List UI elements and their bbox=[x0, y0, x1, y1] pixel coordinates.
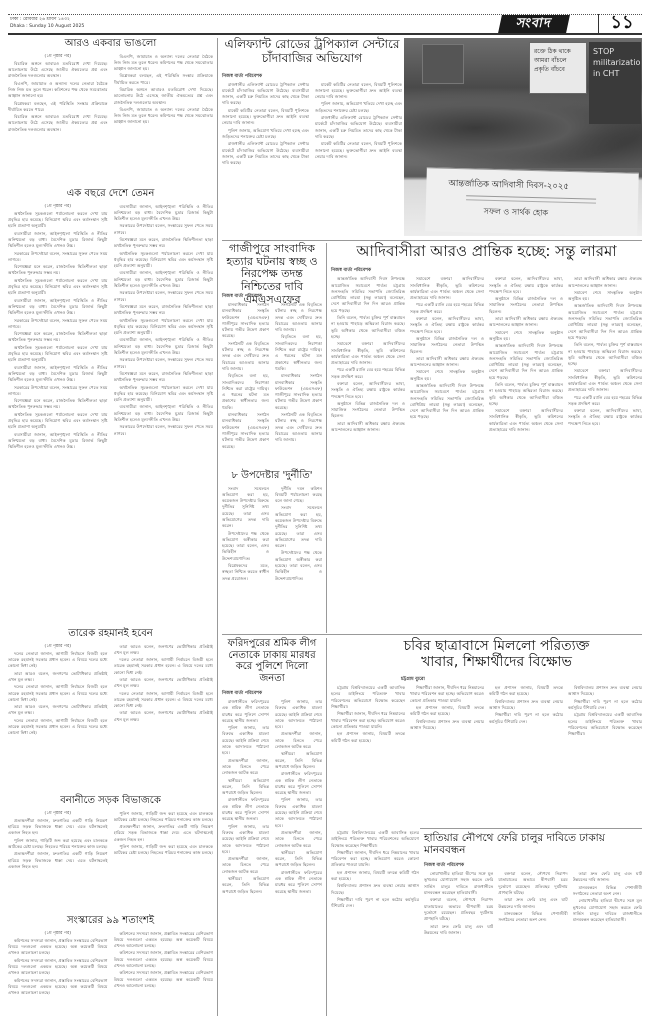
byline: নিজস্ব বার্তা পরিবেশক bbox=[331, 266, 642, 274]
body-paragraph: বিশেষজ্ঞরা মনে করেন, রাজনৈতিক স্থিতিশীলত… bbox=[8, 331, 108, 344]
body-paragraph: সমাবেশে বক্তারা আদিবাসীদের সাংবিধানিক স্… bbox=[568, 368, 642, 393]
body-paragraph: দলের নেতারা জানান, আগামী নির্বাচনে বিজয়… bbox=[8, 684, 108, 703]
body-paragraph: বিএনপি, জামায়াত ও অন্যান্য দলের নেতারা … bbox=[114, 54, 214, 73]
body-paragraph: ব্যবসায়ীরা জানান, আইনশৃঙ্খলা পরিস্থিতি … bbox=[8, 432, 108, 451]
body-paragraph: স্থানীয়রা অভিযোগ করেন, তিনি বিভিন্ন অপর… bbox=[222, 778, 269, 797]
body-paragraph: তারা আদিবাসী অধিকার রক্ষায় ঐক্যবদ্ধ আন্… bbox=[331, 421, 405, 434]
body-paragraph: শিক্ষার্থীরা দাবি পূরণ না হলে কঠোর কর্মস… bbox=[489, 712, 563, 725]
body-paragraph: পুলিশ জানায়, তার বিরুদ্ধে একাধিক মামলা … bbox=[275, 699, 322, 730]
body-paragraph: ব্যবসায়ীরা জানান, আইনশৃঙ্খলা পরিস্থিতি … bbox=[114, 404, 214, 423]
protest-sign-stop: STOP militarization in CHT bbox=[589, 42, 641, 124]
body-paragraph: তিনি বলেন, পার্বত্য চুক্তির পূর্ণ বাস্তব… bbox=[489, 382, 563, 407]
body-paragraph: পুলিশ জানায়, অভিযোগ খতিয়ে দেখা হচ্ছে এ… bbox=[315, 101, 402, 114]
article-elephant-road: এলিফ্যান্ট রোডের ট্রপিক্যাল সেন্টারে চাঁ… bbox=[222, 38, 402, 238]
body-paragraph: কমিশনের সদস্যরা জানান, প্রস্তাবিত সংস্কা… bbox=[114, 950, 214, 969]
protest-sign-bangla: রক্তে ঠিক থাকে আমরা বাঁচলে প্রকৃতি বাঁচব… bbox=[529, 42, 587, 94]
body-paragraph: বিশেষজ্ঞরা মনে করেন, রাজনৈতিক স্থিতিশীলত… bbox=[8, 398, 108, 411]
body-paragraph: বক্তারা বলেন, নৌপথে নিরাপদ যাতায়াতের অভ… bbox=[424, 897, 493, 922]
headline: চবির ছাত্রাবাসে মিললো পরিত্যক্ত খাবার, শ… bbox=[331, 638, 642, 670]
article-upodeshta: ৮ উপদেষ্টার 'দুর্নীতি' সংবাদ সম্মেলনে অভ… bbox=[222, 470, 322, 630]
body-paragraph: উপদেষ্টাদের পক্ষ থেকে অভিযোগ অস্বীকার কর… bbox=[275, 550, 322, 581]
article-column: কমিশনের সদস্যরা জানান, প্রস্তাবিত সংস্কা… bbox=[114, 931, 214, 1009]
body-paragraph: পুলিশ জানায়, তার বিরুদ্ধে একাধিক মামলা … bbox=[222, 725, 269, 756]
body-paragraph: রাজধানীতে ফরিদপুরের এক শ্রমিক লীগ নেতাকে… bbox=[275, 870, 322, 895]
continuation-note: (১ম পৃষ্ঠার পর) bbox=[8, 644, 108, 650]
body-paragraph: বিশেষজ্ঞরা মনে করেন, রাজনৈতিক স্থিতিশীলত… bbox=[114, 237, 214, 250]
article-gazipur-body: নিজস্ব বার্তা পরিবেশক মানবাধিকার সংগঠন ম… bbox=[222, 292, 322, 464]
body-paragraph: অনুষ্ঠানে বিভিন্ন রাজনৈতিক দল ও সামাজিক … bbox=[489, 296, 563, 315]
body-paragraph: প্রত্যক্ষদর্শীরা জানান, তাকে চিনতে পেরে … bbox=[275, 830, 322, 849]
body-paragraph: অর্থনৈতিক সূচকগুলো পর্যালোচনা করলে দেখা … bbox=[114, 318, 214, 337]
article-column: (১ম পৃষ্ঠার পর) অর্থনৈতিক সূচকগুলো পর্যা… bbox=[8, 204, 108, 614]
body-paragraph: কমিশনের সদস্যরা জানান, প্রস্তাবিত সংস্কা… bbox=[8, 938, 108, 957]
body-paragraph: অর্থনৈতিক সূচকগুলো পর্যালোচনা করলে দেখা … bbox=[114, 251, 214, 270]
headline: ফরিদপুরের শ্রমিক লীগ নেতাকে ঢাকায় মারধর… bbox=[222, 638, 322, 684]
article-column: বিশ্ববিদ্যালয় প্রশাসন দ্রুত ব্যবস্থা নে… bbox=[568, 685, 642, 817]
body-paragraph: সমাবেশে বক্তারা আদিবাসীদের সাংবিধানিক স্… bbox=[489, 408, 563, 433]
body-paragraph: বিশ্ববিদ্যালয় প্রশাসন দ্রুত ব্যবস্থা নে… bbox=[410, 719, 484, 732]
body-paragraph: বিচারিক অঙ্গনে আবারও মতবিরোধ দেখা দিয়েছ… bbox=[8, 114, 108, 133]
header-page-divider bbox=[598, 14, 599, 34]
article-banani: বনানীতে সড়ক বিভাজকে (১ম পৃষ্ঠার পর) প্র… bbox=[8, 795, 213, 913]
body-paragraph: অর্থনৈতিক সূচকগুলো পর্যালোচনা করলে দেখা … bbox=[8, 345, 108, 364]
body-paragraph: আন্তর্জাতিক আদিবাসী দিবস উপলক্ষে আয়োজিত… bbox=[489, 343, 563, 381]
body-paragraph: রাজধানীতে ফরিদপুরের এক শ্রমিক লীগ নেতাকে… bbox=[275, 771, 322, 796]
body-paragraph: সরকারের উপদেষ্টারা বলেন, সংস্কারের সুফল … bbox=[114, 357, 214, 370]
body-paragraph: বিবৃতিতে বলা হয়, সাংবাদিকদের নিরাপত্তা … bbox=[275, 334, 322, 372]
body-paragraph: বিএনপি, জামায়াত ও অন্যান্য দলের নেতারা … bbox=[8, 81, 108, 100]
banner: আন্তর্জাতিক আদিবাসী দিবস-২০২৫ সফল ও সার্… bbox=[425, 167, 639, 236]
byline: চট্টগ্রাম ব্যুরো bbox=[401, 675, 642, 683]
article-column: (১ম পৃষ্ঠার পর) কমিশনের সদস্যরা জানান, প… bbox=[8, 931, 108, 1009]
body-paragraph: মার্কেট কমিটির নেতারা বলেন, বিষয়টি পুলি… bbox=[315, 82, 402, 101]
body-paragraph: প্রত্যক্ষদর্শীরা জানান, দ্রুতগতির একটি গ… bbox=[114, 824, 214, 843]
rally-photo: রক্তে ঠিক থাকে আমরা বাঁচলে প্রকৃতি বাঁচব… bbox=[404, 38, 642, 236]
byline: নিজস্ব বার্তা পরিবেশক bbox=[222, 292, 322, 300]
article-column: বক্তারা বলেন, নৌপথে নিরাপদ যাতায়াতের অভ… bbox=[498, 871, 567, 1020]
body-paragraph: তারা দ্রুত ফেরি চালু এবং ঘাট উন্নয়নের দ… bbox=[573, 871, 642, 884]
article-adibashi: আদিবাসীরা আরও প্রান্তিক হচ্ছে: সন্তু লার… bbox=[331, 243, 642, 633]
header-bottom-rule bbox=[8, 33, 642, 35]
column-divider bbox=[326, 243, 327, 633]
headline: সংস্কারের ৯৯ শতাংশই bbox=[8, 915, 213, 927]
body-paragraph: স্থানীয়রা অভিযোগ করেন, তিনি বিভিন্ন অপর… bbox=[275, 850, 322, 869]
body-paragraph: বক্তারা বলেন, আদিবাসীদের ভাষা, সংস্কৃতি … bbox=[489, 276, 563, 295]
body-paragraph: চট্টগ্রাম বিশ্ববিদ্যালয়ের একটি আবাসিক হ… bbox=[568, 712, 642, 737]
body-paragraph: মার্কেট কমিটির নেতারা বলেন, বিষয়টি পুলি… bbox=[222, 108, 309, 127]
body-paragraph: সমাবেশে বক্তারা আদিবাসীদের সাংবিধানিক স্… bbox=[410, 276, 484, 301]
continuation-note: (১ম পৃষ্ঠার পর) bbox=[8, 54, 108, 60]
body-paragraph: তিনি বলেন, পার্বত্য চুক্তির পূর্ণ বাস্তব… bbox=[331, 315, 405, 340]
byline: নিজস্ব বার্তা পরিবেশক bbox=[424, 861, 642, 869]
body-paragraph: ব্যবসায়ীরা জানান, আইনশৃঙ্খলা পরিস্থিতি … bbox=[114, 204, 214, 223]
body-paragraph: বিচারিক অঙ্গনে আবারও মতবিরোধ দেখা দিয়েছ… bbox=[8, 61, 108, 80]
body-paragraph: কমিশনের সদস্যরা জানান, প্রস্তাবিত সংস্কা… bbox=[8, 978, 108, 997]
body-paragraph: তারা দ্রুত ফেরি চালু এবং ঘাট উন্নয়নের দ… bbox=[498, 897, 567, 910]
section-divider bbox=[222, 634, 642, 635]
body-paragraph: সংগঠনটি এক বিবৃতিতে ঘটনার স্বচ্ছ ও নিরপে… bbox=[222, 341, 269, 372]
body-paragraph: বিশ্লেষকরা বলছেন, এই পরিস্থিতি সংস্কার প… bbox=[114, 73, 214, 86]
article-column: সমাবেশে বক্তারা আদিবাসীদের সাংবিধানিক স্… bbox=[410, 276, 484, 626]
body-paragraph: মানবাধিকার সংগঠন মানবাধিকার সংস্কৃতি ফাউ… bbox=[222, 412, 269, 450]
article-column: সংবাদ সম্মেলনে অভিযোগ করা হয়, কয়েকজন উ… bbox=[222, 486, 269, 624]
body-paragraph: মানববন্ধনে বিভিন্ন পেশাজীবী সংগঠনের নেতা… bbox=[573, 885, 642, 898]
body-paragraph: তারা আরও বলেন, জনগণের ভোটাধিকার প্রতিষ্ঠ… bbox=[8, 704, 108, 717]
body-paragraph: তারা আদিবাসী অধিকার রক্ষায় ঐক্যবদ্ধ আন্… bbox=[410, 356, 484, 369]
article-column: তারা আদিবাসী অধিকার রক্ষায় ঐক্যবদ্ধ আন্… bbox=[568, 276, 642, 626]
body-paragraph: ব্যবসায়ীরা জানান, আইনশৃঙ্খলা পরিস্থিতি … bbox=[8, 231, 108, 250]
body-paragraph: ব্যবসায়ীরা জানান, আইনশৃঙ্খলা পরিস্থিতি … bbox=[8, 298, 108, 317]
body-paragraph: তারা আদিবাসী অধিকার রক্ষায় ঐক্যবদ্ধ আন্… bbox=[568, 276, 642, 289]
body-paragraph: সরকারের উপদেষ্টারা বলেন, সংস্কারের সুফল … bbox=[114, 223, 214, 236]
article-hatiya: হাতিয়ার নৌপথে ফেরি চালুর দাবিতে ঢাকায় … bbox=[424, 832, 642, 1016]
body-paragraph: পুলিশ জানায়, তার বিরুদ্ধে একাধিক মামলা … bbox=[222, 824, 269, 855]
body-paragraph: অর্থনৈতিক সূচকগুলো পর্যালোচনা করলে দেখা … bbox=[8, 412, 108, 431]
body-paragraph: বক্তারা বলেন, নৌপথে নিরাপদ যাতায়াতের অভ… bbox=[498, 871, 567, 896]
column-divider bbox=[217, 38, 218, 1016]
body-paragraph: পুলিশ জানায়, তার বিরুদ্ধে একাধিক মামলা … bbox=[275, 797, 322, 828]
body-paragraph: শিক্ষার্থীরা জানান, দীর্ঘদিন ধরে নিম্নমা… bbox=[331, 850, 419, 869]
header-date-bn: ঢাকা : রোববার ২৬ শ্রাবণ ১৪৩২ bbox=[10, 17, 70, 23]
body-paragraph: সংবাদ সম্মেলনে অভিযোগ করা হয়, কয়েকজন উ… bbox=[275, 505, 322, 549]
body-paragraph: স্থানীয়রা অভিযোগ করেন, তিনি বিভিন্ন অপর… bbox=[222, 876, 269, 895]
article-column: (১ম পৃষ্ঠার পর) বিচারিক অঙ্গনে আবারও মতব… bbox=[8, 54, 108, 182]
section-divider bbox=[222, 240, 642, 241]
body-paragraph: প্রত্যক্ষদর্শীরা জানান, দ্রুতগতির একটি গ… bbox=[8, 818, 108, 837]
body-paragraph: সরকারের উপদেষ্টারা বলেন, সংস্কারের সুফল … bbox=[114, 424, 214, 437]
article-faridpur: ফরিদপুরের শ্রমিক লীগ নেতাকে ঢাকায় মারধর… bbox=[222, 638, 322, 1016]
body-paragraph: সরকারের উপদেষ্টারা বলেন, সংস্কারের সুফল … bbox=[8, 251, 108, 264]
body-paragraph: তারা দ্রুত ফেরি চালু এবং ঘাট উন্নয়নের দ… bbox=[424, 924, 493, 937]
body-paragraph: তারা আরও বলেন, জনগণের ভোটাধিকার প্রতিষ্ঠ… bbox=[114, 710, 214, 723]
body-paragraph: হল প্রশাসন জানায়, বিষয়টি তদন্তে কমিটি … bbox=[410, 705, 484, 718]
body-paragraph: মানববন্ধনে বিভিন্ন পেশাজীবী সংগঠনের নেতা… bbox=[498, 911, 567, 924]
body-paragraph: প্রত্যক্ষদর্শীরা জানান, তাকে চিনতে পেরে … bbox=[275, 731, 322, 750]
body-paragraph: ব্যবসায়ীরা জানান, আইনশৃঙ্খলা পরিস্থিতি … bbox=[8, 365, 108, 384]
body-paragraph: বক্তারা বলেন, আদিবাসীদের ভাষা, সংস্কৃতি … bbox=[568, 408, 642, 427]
body-paragraph: বক্তারা বলেন, আদিবাসীদের ভাষা, সংস্কৃতি … bbox=[331, 381, 405, 400]
body-paragraph: বিশেষজ্ঞরা মনে করেন, রাজনৈতিক স্থিতিশীলত… bbox=[114, 304, 214, 317]
article-column: নোয়াখালীর হাতিয়া দ্বীপের সঙ্গে মূল ভূখ… bbox=[424, 871, 493, 1020]
body-paragraph: চট্টগ্রাম বিশ্ববিদ্যালয়ের একটি আবাসিক হ… bbox=[331, 685, 405, 710]
body-paragraph: আন্তর্জাতিক আদিবাসী দিবস উপলক্ষে আয়োজিত… bbox=[568, 303, 642, 341]
body-paragraph: পরে একটি র‍্যালি বের হয়ে শহরের বিভিন্ন … bbox=[331, 367, 405, 380]
body-paragraph: সমাবেশ শেষে সাংস্কৃতিক অনুষ্ঠান অনুষ্ঠিত… bbox=[489, 330, 563, 343]
article-column: (১ম পৃষ্ঠার পর) প্রত্যক্ষদর্শীরা জানান, … bbox=[8, 811, 108, 903]
article-column: মার্কেট কমিটির নেতারা বলেন, বিষয়টি পুলি… bbox=[315, 82, 402, 232]
continuation-note: (১ম পৃষ্ঠার পর) bbox=[8, 931, 108, 937]
body-paragraph: সমাবেশে বক্তারা আদিবাসীদের সাংবিধানিক স্… bbox=[331, 341, 405, 366]
headline: আদিবাসীরা আরও প্রান্তিক হচ্ছে: সন্তু লার… bbox=[331, 243, 642, 260]
section-divider bbox=[420, 828, 642, 829]
article-column: হল প্রশাসন জানায়, বিষয়টি তদন্তে কমিটি … bbox=[489, 685, 563, 817]
article-column: ব্যবসায়ীরা জানান, আইনশৃঙ্খলা পরিস্থিতি … bbox=[114, 204, 214, 614]
body-paragraph: তারা আরও বলেন, জনগণের ভোটাধিকার প্রতিষ্ঠ… bbox=[8, 671, 108, 684]
headline: আরও একবার ভাঙলো bbox=[8, 38, 213, 50]
body-paragraph: বক্তারা বলেন, আদিবাসীদের ভাষা, সংস্কৃতি … bbox=[410, 316, 484, 335]
masthead-logo: সংবাদ bbox=[498, 15, 570, 33]
article-column: সংগঠনটি এক বিবৃতিতে ঘটনার স্বচ্ছ ও নিরপে… bbox=[275, 302, 322, 464]
body-paragraph: প্রত্যক্ষদর্শীরা জানান, দ্রুতগতির একটি গ… bbox=[8, 851, 108, 870]
body-paragraph: তিনি বলেন, পার্বত্য চুক্তির পূর্ণ বাস্তব… bbox=[568, 342, 642, 367]
body-paragraph: প্রত্যক্ষদর্শীরা জানান, তাকে চিনতে পেরে … bbox=[222, 758, 269, 777]
body-paragraph: শিক্ষার্থীরা দাবি পূরণ না হলে কঠোর কর্মস… bbox=[568, 699, 642, 712]
body-paragraph: তারা আরও বলেন, জনগণের ভোটাধিকার প্রতিষ্ঠ… bbox=[114, 677, 214, 690]
body-paragraph: রাজধানীর এলিফ্যান্ট রোডের ট্রপিক্যাল সেন… bbox=[222, 141, 309, 166]
body-paragraph: বিশ্লেষকরা বলছেন, এই পরিস্থিতি সংস্কার প… bbox=[8, 101, 108, 114]
body-paragraph: চট্টগ্রাম বিশ্ববিদ্যালয়ের একটি আবাসিক হ… bbox=[331, 830, 419, 849]
article-column: আন্তর্জাতিক আদিবাসী দিবস উপলক্ষে আয়োজিত… bbox=[331, 276, 405, 626]
body-paragraph: দলের নেতারা জানান, আগামী নির্বাচনে বিজয়… bbox=[8, 718, 108, 737]
article-column: রাজধানীর এলিফ্যান্ট রোডের ট্রপিক্যাল সেন… bbox=[222, 82, 309, 232]
body-paragraph: দলের নেতারা জানান, আগামী নির্বাচনে বিজয়… bbox=[114, 657, 214, 676]
body-paragraph: অনুষ্ঠানে বিভিন্ন রাজনৈতিক দল ও সামাজিক … bbox=[410, 336, 484, 355]
body-paragraph: পুলিশ জানায়, গাড়িটি জব্দ করা হয়েছে এব… bbox=[114, 811, 214, 824]
body-paragraph: আন্তর্জাতিক আদিবাসী দিবস উপলক্ষে আয়োজিত… bbox=[331, 276, 405, 314]
banner-slogan: সফল ও সার্থক হোক bbox=[426, 190, 639, 223]
body-paragraph: রাজধানীতে ফরিদপুরের এক শ্রমিক লীগ নেতাকে… bbox=[222, 797, 269, 822]
body-paragraph: সংবাদ সম্মেলনে অভিযোগ করা হয়, কয়েকজন উ… bbox=[222, 486, 269, 530]
headline: বনানীতে সড়ক বিভাজকে bbox=[8, 795, 213, 807]
body-paragraph: অনুষ্ঠানে বিভিন্ন রাজনৈতিক দল ও সামাজিক … bbox=[331, 401, 405, 420]
continuation-note: (১ম পৃষ্ঠার পর) bbox=[8, 204, 108, 210]
body-paragraph: রাজধানীর এলিফ্যান্ট রোডের ট্রপিক্যাল সেন… bbox=[222, 82, 309, 107]
body-paragraph: সরকারের উপদেষ্টারা বলেন, সংস্কারের সুফল … bbox=[8, 318, 108, 331]
article-column: চট্টগ্রাম বিশ্ববিদ্যালয়ের একটি আবাসিক হ… bbox=[331, 685, 405, 817]
byline: নিজস্ব বার্তা পরিবেশক bbox=[222, 72, 402, 80]
body-paragraph: রাজধানীর এলিফ্যান্ট রোডের ট্রপিক্যাল সেন… bbox=[315, 115, 402, 140]
article-tarek: তারেক রহমানই হবেন (১ম পৃষ্ঠার পর) দলের ন… bbox=[8, 628, 213, 793]
article-songskar: সংস্কারের ৯৯ শতাংশই (১ম পৃষ্ঠার পর) কমিশ… bbox=[8, 915, 213, 1015]
body-paragraph: শিক্ষার্থীরা জানান, দীর্ঘদিন ধরে নিম্নমা… bbox=[331, 711, 405, 730]
article-column: বক্তারা বলেন, আদিবাসীদের ভাষা, সংস্কৃতি … bbox=[489, 276, 563, 626]
body-paragraph: বিশ্ববিদ্যালয় প্রশাসন দ্রুত ব্যবস্থা নে… bbox=[489, 699, 563, 712]
header-date-en: Dhaka : Sunday 10 August 2025 bbox=[10, 24, 84, 30]
article-column: শিক্ষার্থীরা জানান, দীর্ঘদিন ধরে নিম্নমা… bbox=[410, 685, 484, 817]
body-paragraph: দুর্নীতি দমন কমিশন বিষয়টি পর্যালোচনা কর… bbox=[275, 486, 322, 505]
body-paragraph: বিশেষজ্ঞরা মনে করেন, রাজনৈতিক স্থিতিশীলত… bbox=[114, 371, 214, 384]
headline: এলিফ্যান্ট রোডের ট্রপিক্যাল সেন্টারে চাঁ… bbox=[222, 38, 402, 66]
body-paragraph: উপদেষ্টাদের পক্ষ থেকে অভিযোগ অস্বীকার কর… bbox=[222, 531, 269, 562]
body-paragraph: বিবৃতিতে বলা হয়, সাংবাদিকদের নিরাপত্তা … bbox=[222, 373, 269, 411]
article-column: চট্টগ্রাম বিশ্ববিদ্যালয়ের একটি আবাসিক হ… bbox=[331, 830, 419, 1016]
article-column: (১ম পৃষ্ঠার পর) দলের নেতারা জানান, আগামী… bbox=[8, 644, 108, 784]
body-paragraph: মানবাধিকার সংগঠন মানবাধিকার সংস্কৃতি ফাউ… bbox=[222, 302, 269, 340]
body-paragraph: কমিশনের সদস্যরা জানান, প্রস্তাবিত সংস্কা… bbox=[114, 970, 214, 989]
protest-sign-left bbox=[422, 44, 464, 84]
article-vangolo: আরও একবার ভাঙলো (১ম পৃষ্ঠার পর) বিচারিক … bbox=[8, 38, 213, 188]
body-paragraph: পরে একটি র‍্যালি বের হয়ে শহরের বিভিন্ন … bbox=[410, 302, 484, 315]
body-paragraph: আন্তর্জাতিক আদিবাসী দিবস উপলক্ষে আয়োজিত… bbox=[410, 383, 484, 421]
body-paragraph: নোয়াখালীর হাতিয়া দ্বীপের সঙ্গে মূল ভূখ… bbox=[573, 898, 642, 923]
continuation-note: (১ম পৃষ্ঠার পর) bbox=[8, 811, 108, 817]
body-paragraph: অর্থনৈতিক সূচকগুলো পর্যালোচনা করলে দেখা … bbox=[8, 211, 108, 230]
body-paragraph: সমাবেশ শেষে সাংস্কৃতিক অনুষ্ঠান অনুষ্ঠিত… bbox=[568, 290, 642, 303]
headline: ৮ উপদেষ্টার 'দুর্নীতি' bbox=[222, 470, 322, 482]
article-column: মানবাধিকার সংগঠন মানবাধিকার সংস্কৃতি ফাউ… bbox=[222, 302, 269, 464]
article-column: রাজধানীতে ফরিদপুরের এক শ্রমিক লীগ নেতাকে… bbox=[222, 699, 269, 1009]
body-paragraph: পুলিশ জানায়, গাড়িটি জব্দ করা হয়েছে এব… bbox=[114, 844, 214, 857]
body-paragraph: পুলিশ জানায়, গাড়িটি জব্দ করা হয়েছে এব… bbox=[8, 838, 108, 851]
body-paragraph: মার্কেট কমিটির নেতারা বলেন, বিষয়টি পুলি… bbox=[315, 141, 402, 160]
body-paragraph: হল প্রশাসন জানায়, বিষয়টি তদন্তে কমিটি … bbox=[331, 870, 419, 883]
body-paragraph: বিশ্ববিদ্যালয় প্রশাসন দ্রুত ব্যবস্থা নে… bbox=[568, 685, 642, 698]
body-paragraph: অর্থনৈতিক সূচকগুলো পর্যালোচনা করলে দেখা … bbox=[114, 385, 214, 404]
article-column: তারা আরও বলেন, জনগণের ভোটাধিকার প্রতিষ্ঠ… bbox=[114, 644, 214, 784]
body-paragraph: শিক্ষার্থীরা জানান, দীর্ঘদিন ধরে নিম্নমা… bbox=[410, 685, 484, 704]
body-paragraph: রাজধানীতে ফরিদপুরের এক শ্রমিক লীগ নেতাকে… bbox=[222, 699, 269, 724]
article-column: দুর্নীতি দমন কমিশন বিষয়টি পর্যালোচনা কর… bbox=[275, 486, 322, 624]
article-ek-bochore: এক বছরে দেশে তেমন (১ম পৃষ্ঠার পর) অর্থনৈ… bbox=[8, 188, 213, 626]
body-paragraph: প্রত্যক্ষদর্শীরা জানান, তাকে চিনতে পেরে … bbox=[222, 856, 269, 875]
body-paragraph: শিক্ষার্থীরা দাবি পূরণ না হলে কঠোর কর্মস… bbox=[331, 897, 419, 910]
byline: নিজস্ব বার্তা পরিবেশক bbox=[222, 689, 322, 697]
body-paragraph: বিশেষজ্ঞরা মনে করেন, রাজনৈতিক স্থিতিশীলত… bbox=[8, 264, 108, 277]
body-paragraph: সমাবেশ শেষে সাংস্কৃতিক অনুষ্ঠান অনুষ্ঠিত… bbox=[410, 369, 484, 382]
body-paragraph: মানবাধিকার সংগঠন মানবাধিকার সংস্কৃতি ফাউ… bbox=[275, 373, 322, 411]
headline: হাতিয়ার নৌপথে ফেরি চালুর দাবিতে ঢাকায় … bbox=[424, 832, 642, 856]
body-paragraph: অর্থনৈতিক সূচকগুলো পর্যালোচনা করলে দেখা … bbox=[8, 278, 108, 297]
body-paragraph: বিশ্লেষকদের মতে, স্বচ্ছতা নিশ্চিত করতে স… bbox=[222, 563, 269, 582]
body-paragraph: দলের নেতারা জানান, আগামী নির্বাচনে বিজয়… bbox=[8, 651, 108, 670]
body-paragraph: সরকারের উপদেষ্টারা বলেন, সংস্কারের সুফল … bbox=[114, 290, 214, 303]
page-number: ১১ bbox=[602, 13, 642, 33]
column-divider bbox=[326, 638, 327, 1016]
body-paragraph: দলের নেতারা জানান, আগামী নির্বাচনে বিজয়… bbox=[114, 691, 214, 710]
body-paragraph: স্থানীয়রা অভিযোগ করেন, তিনি বিভিন্ন অপর… bbox=[275, 751, 322, 770]
article-chobi-continued: চট্টগ্রাম বিশ্ববিদ্যালয়ের একটি আবাসিক হ… bbox=[331, 830, 419, 1016]
body-paragraph: হল প্রশাসন জানায়, বিষয়টি তদন্তে কমিটি … bbox=[489, 685, 563, 698]
article-column: পুলিশ জানায়, গাড়িটি জব্দ করা হয়েছে এব… bbox=[114, 811, 214, 903]
article-chobi: চবির ছাত্রাবাসে মিললো পরিত্যক্ত খাবার, শ… bbox=[331, 638, 642, 826]
body-paragraph: কমিশনের সদস্যরা জানান, প্রস্তাবিত সংস্কা… bbox=[8, 958, 108, 977]
body-paragraph: বিশ্ববিদ্যালয় প্রশাসন দ্রুত ব্যবস্থা নে… bbox=[331, 883, 419, 896]
article-column: তারা দ্রুত ফেরি চালু এবং ঘাট উন্নয়নের দ… bbox=[573, 871, 642, 1020]
body-paragraph: পুলিশ জানায়, অভিযোগ খতিয়ে দেখা হচ্ছে এ… bbox=[222, 128, 309, 141]
body-paragraph: পরে একটি র‍্যালি বের হয়ে শহরের বিভিন্ন … bbox=[568, 395, 642, 408]
headline: এক বছরে দেশে তেমন bbox=[8, 188, 213, 200]
body-paragraph: নোয়াখালীর হাতিয়া দ্বীপের সঙ্গে মূল ভূখ… bbox=[424, 871, 493, 896]
body-paragraph: হল প্রশাসন জানায়, বিষয়টি তদন্তে কমিটি … bbox=[331, 731, 405, 744]
body-paragraph: ব্যবসায়ীরা জানান, আইনশৃঙ্খলা পরিস্থিতি … bbox=[114, 337, 214, 356]
body-paragraph: বিচারিক অঙ্গনে আবারও মতবিরোধ দেখা দিয়েছ… bbox=[114, 87, 214, 106]
body-paragraph: সংগঠনটি এক বিবৃতিতে ঘটনার স্বচ্ছ ও নিরপে… bbox=[275, 302, 322, 333]
headline: তারেক রহমানই হবেন bbox=[8, 628, 213, 640]
body-paragraph: সংগঠনটি এক বিবৃতিতে ঘটনার স্বচ্ছ ও নিরপে… bbox=[275, 412, 322, 443]
article-column: পুলিশ জানায়, তার বিরুদ্ধে একাধিক মামলা … bbox=[275, 699, 322, 1009]
body-paragraph: বিএনপি, জামায়াত ও অন্যান্য দলের নেতারা … bbox=[114, 107, 214, 126]
body-paragraph: সরকারের উপদেষ্টারা বলেন, সংস্কারের সুফল … bbox=[8, 385, 108, 398]
body-paragraph: ব্যবসায়ীরা জানান, আইনশৃঙ্খলা পরিস্থিতি … bbox=[114, 270, 214, 289]
body-paragraph: তারা আরও বলেন, জনগণের ভোটাধিকার প্রতিষ্ঠ… bbox=[114, 644, 214, 657]
article-column: বিএনপি, জামায়াত ও অন্যান্য দলের নেতারা … bbox=[114, 54, 214, 182]
body-paragraph: তারা আদিবাসী অধিকার রক্ষায় ঐক্যবদ্ধ আন্… bbox=[489, 316, 563, 329]
body-paragraph: কমিশনের সদস্যরা জানান, প্রস্তাবিত সংস্কা… bbox=[114, 931, 214, 950]
